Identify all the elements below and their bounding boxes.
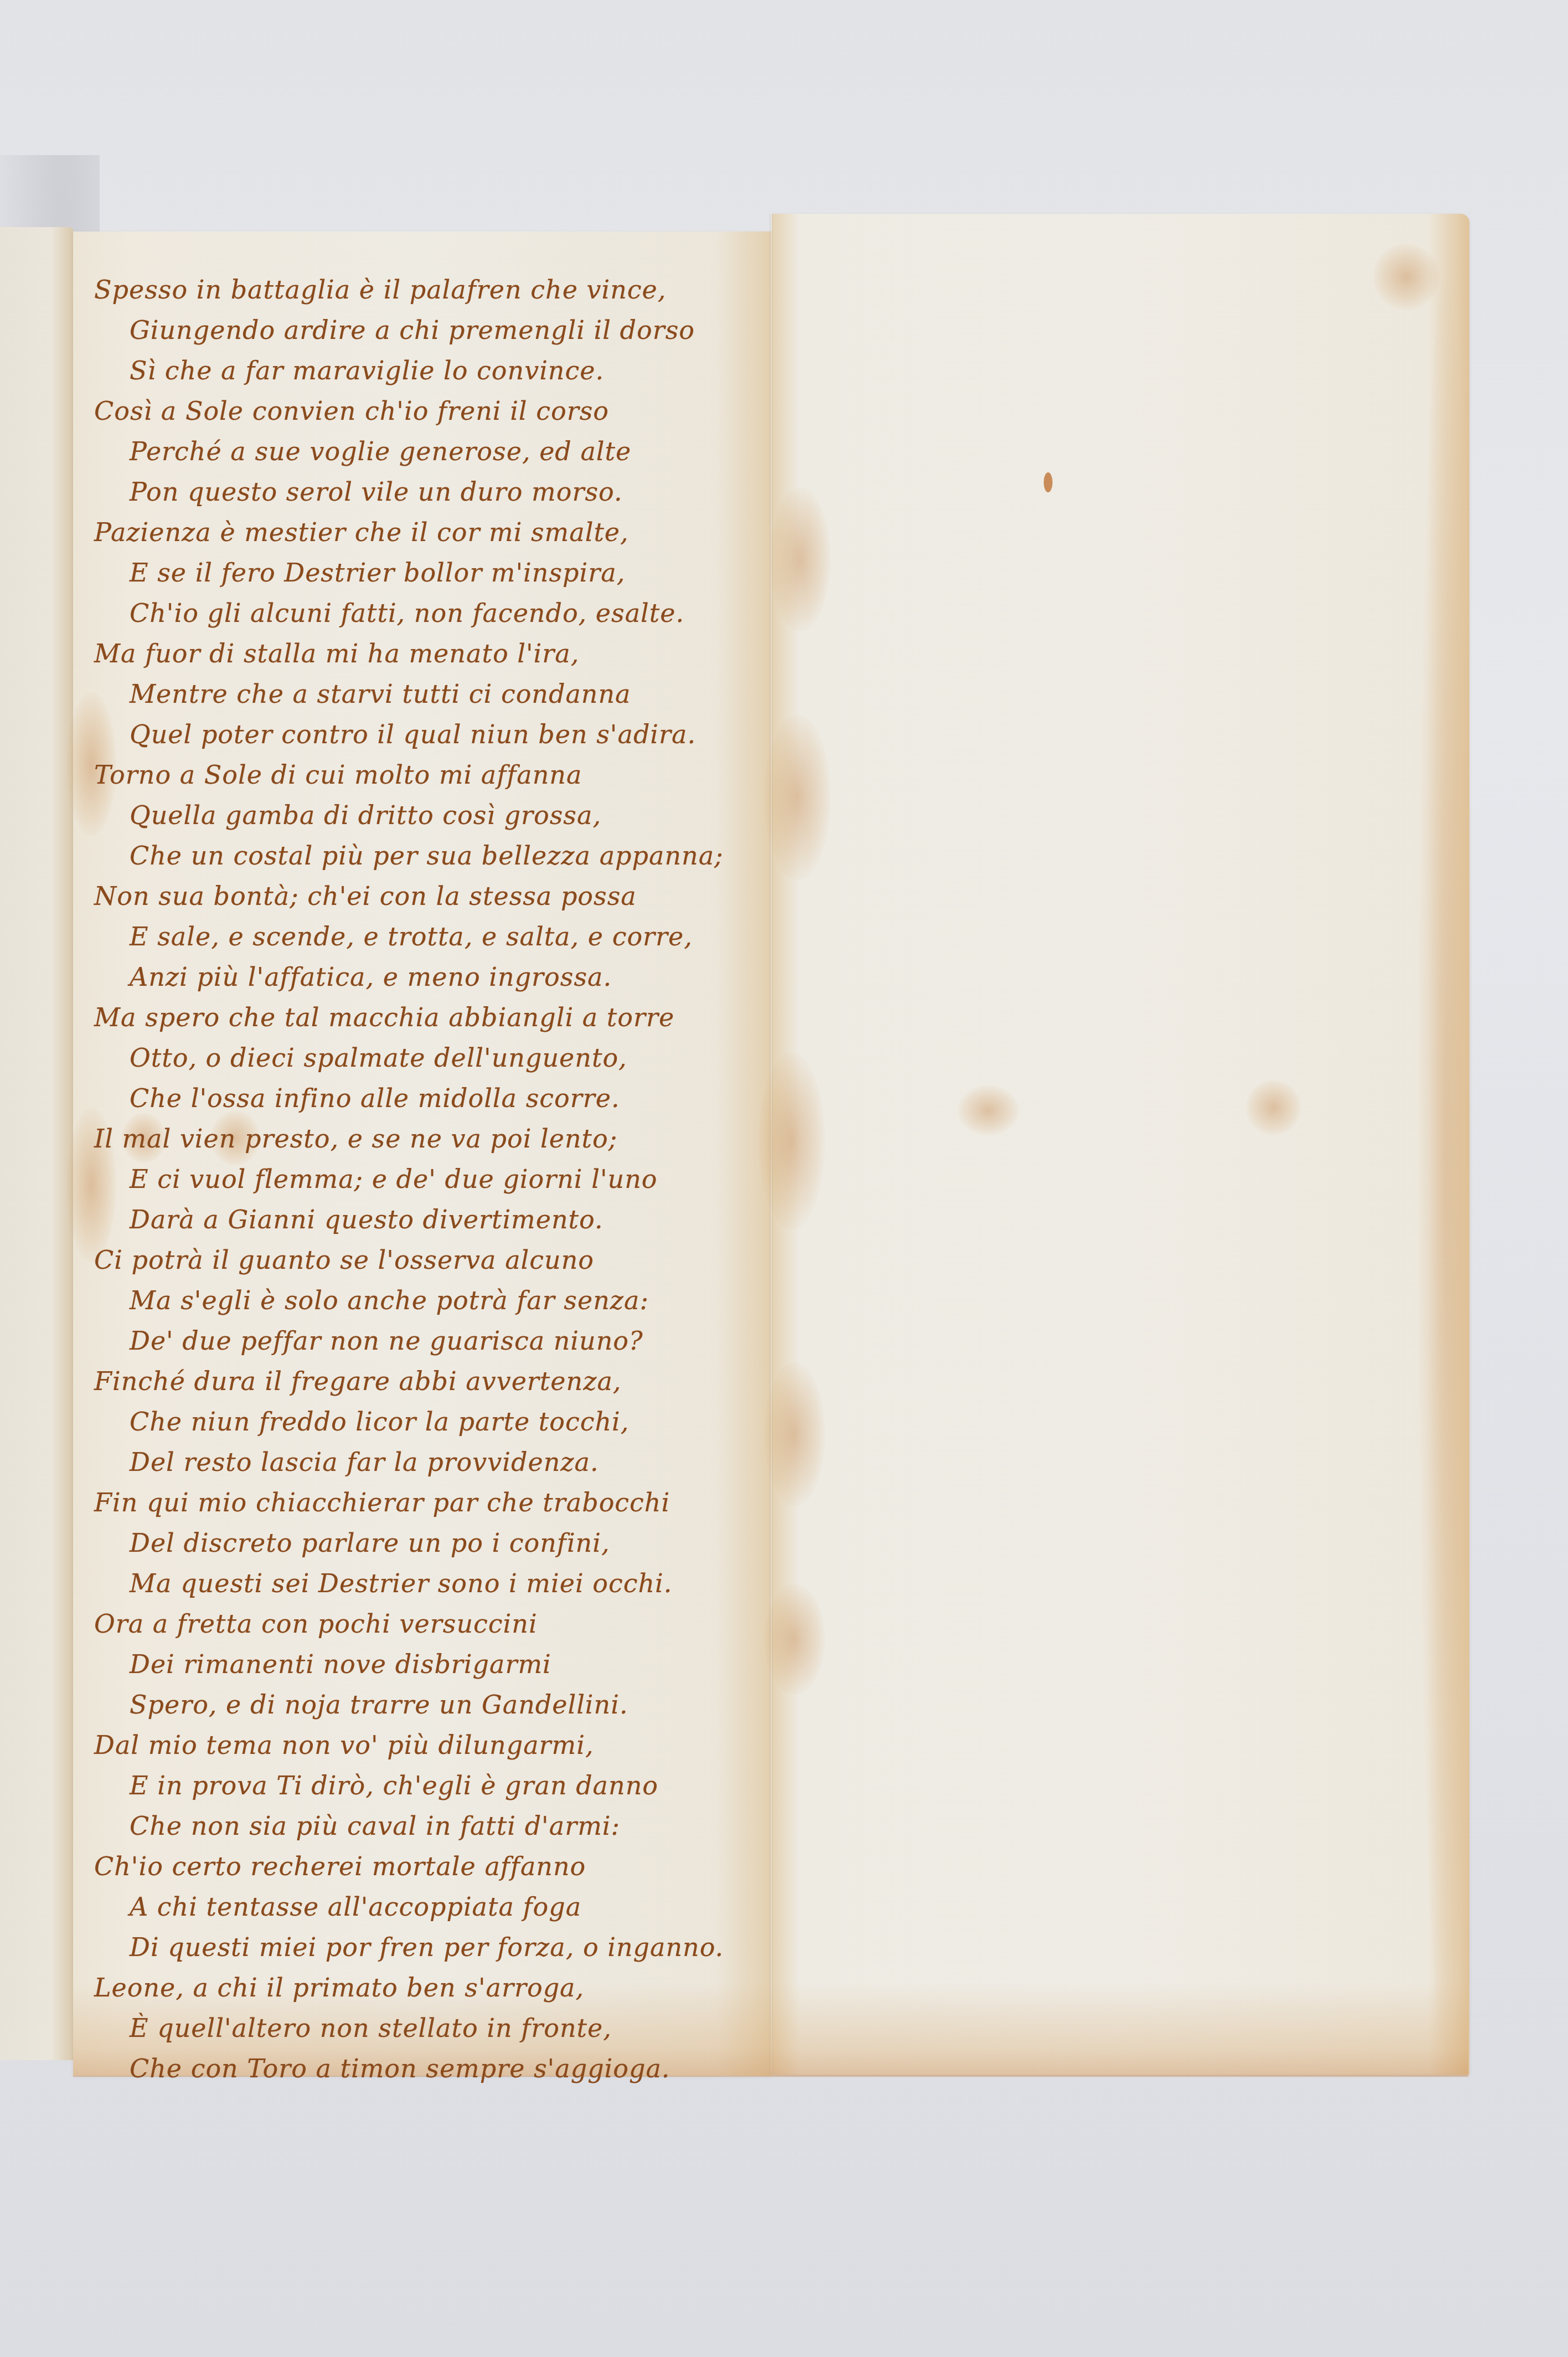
verse-line: Giungendo ardire a chi premengli il dors… (94, 317, 770, 358)
verse-line: E ci vuol flemma; e de' due giorni l'uno (94, 1166, 770, 1207)
verse-line: Perché a sue voglie generose, ed alte (94, 439, 770, 479)
manuscript-verse: Spesso in battaglia è il palafren che vi… (94, 277, 770, 2096)
verse-line: Del discreto parlare un po i confini, (94, 1530, 770, 1571)
verse-line: Pazienza è mestier che il cor mi smalte, (94, 519, 770, 560)
foxing-stain (1417, 277, 1473, 2049)
verse-line: A chi tentasse all'accoppiata foga (94, 1894, 770, 1934)
underlying-page-ink (6, 294, 40, 332)
foxing-stain (764, 714, 831, 881)
verse-line: Otto, o dieci spalmate dell'unguento, (94, 1045, 770, 1085)
verse-line: Leone, a chi il primato ben s'arroga, (94, 1975, 770, 2015)
foxing-stain (958, 1085, 1019, 1135)
verse-line: De' due peffar non ne guarisca niuno? (94, 1328, 770, 1368)
foxing-stain (770, 487, 831, 631)
verse-line: Che l'ossa infino alle midolla scorre. (94, 1085, 770, 1126)
verse-line: Il mal vien presto, e se ne va poi lento… (94, 1126, 770, 1166)
verse-line: Che un costal più per sua bellezza appan… (94, 843, 770, 883)
verse-line: Anzi più l'affatica, e meno ingrossa. (94, 964, 770, 1005)
verse-line: Che con Toro a timon sempre s'aggioga. (94, 2056, 770, 2096)
underlying-page-edge (0, 227, 73, 2060)
verse-line: Che niun freddo licor la parte tocchi, (94, 1409, 770, 1449)
verse-line: Ma spero che tal macchia abbiangli a tor… (94, 1005, 770, 1045)
bleed-through-text (853, 260, 1434, 301)
foxing-stain (764, 1362, 825, 1506)
verse-line: Ma fuor di stalla mi ha menato l'ira, (94, 641, 770, 681)
verse-line: Torno a Sole di cui molto mi affanna (94, 762, 770, 802)
verse-line: Ora a fretta con pochi versuccini (94, 1611, 770, 1651)
verse-line: Dal mio tema non vo' più dilungarmi, (94, 1732, 770, 1773)
verse-line: Pon questo serol vile un duro morso. (94, 479, 770, 519)
verse-line: È quell'altero non stellato in fronte, (94, 2015, 770, 2056)
verse-line: Che non sia più caval in fatti d'armi: (94, 1813, 770, 1854)
verse-line: Non sua bontà; ch'ei con la stessa possa (94, 883, 770, 924)
verse-line: Sì che a far maraviglie lo convince. (94, 358, 770, 398)
right-page (772, 214, 1469, 2075)
verse-line: E se il fero Destrier bollor m'inspira, (94, 560, 770, 600)
verse-line: Ci potrà il guanto se l'osserva alcuno (94, 1247, 770, 1288)
verse-line: Dei rimanenti nove disbrigarmi (94, 1651, 770, 1692)
verse-line: Quella gamba di dritto così grossa, (94, 802, 770, 843)
foxing-stain (1246, 1080, 1301, 1135)
ink-blot (1044, 472, 1053, 492)
verse-line: Ma s'egli è solo anche potrà far senza: (94, 1288, 770, 1328)
verse-line: Finché dura il fregare abbi avvertenza, (94, 1368, 770, 1409)
verse-line: Quel poter contro il qual niun ben s'adi… (94, 722, 770, 762)
verse-line: E sale, e scende, e trotta, e salta, e c… (94, 924, 770, 964)
verse-line: Ch'io gli alcuni fatti, non facendo, esa… (94, 600, 770, 641)
verse-line: Così a Sole convien ch'io freni il corso (94, 398, 770, 439)
verse-line: E in prova Ti dirò, ch'egli è gran danno (94, 1773, 770, 1813)
verse-line: Del resto lascia far la provvidenza. (94, 1449, 770, 1490)
verse-line: Spero, e di noja trarre un Gandellini. (94, 1692, 770, 1732)
foxing-stain (764, 1584, 825, 1695)
verse-line: Fin qui mio chiacchierar par che trabocc… (94, 1490, 770, 1530)
verse-line: Ma questi sei Destrier sono i miei occhi… (94, 1571, 770, 1611)
verse-line: Ch'io certo recherei mortale affanno (94, 1854, 770, 1894)
verse-line: Di questi miei por fren per forza, o ing… (94, 1934, 770, 1975)
verse-line: Darà a Gianni questo divertimento. (94, 1207, 770, 1247)
verse-line: Spesso in battaglia è il palafren che vi… (94, 277, 770, 317)
verse-line: Mentre che a starvi tutti ci condanna (94, 681, 770, 722)
